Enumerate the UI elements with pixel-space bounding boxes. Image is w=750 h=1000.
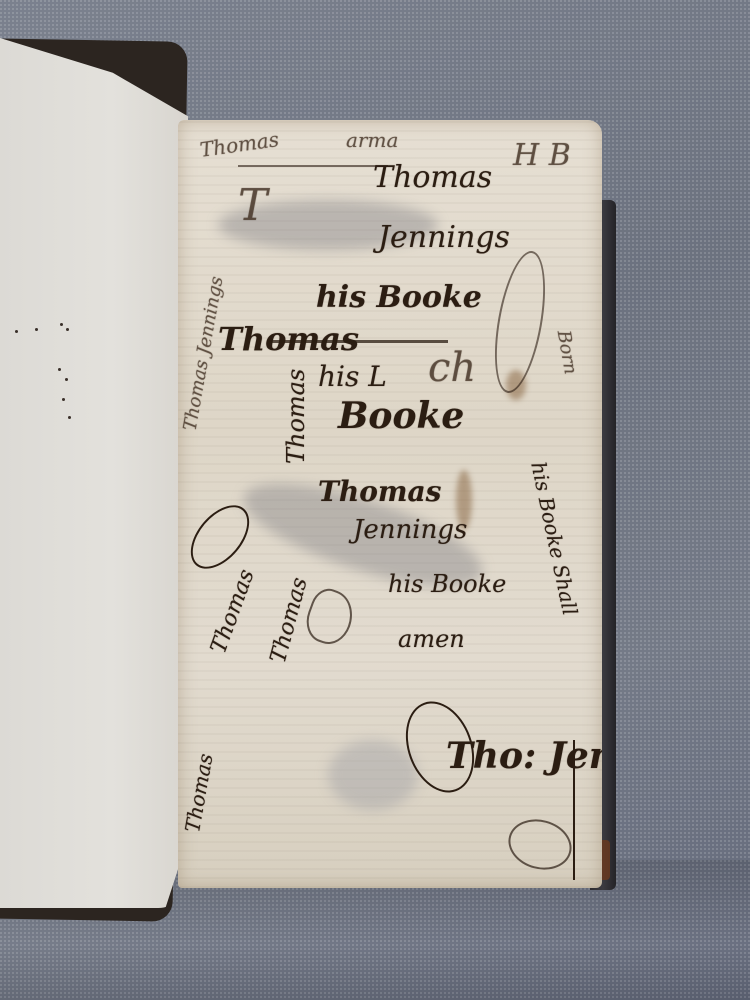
margin-inscription-born: Born	[553, 329, 581, 376]
inscription-jennings: Jennings	[378, 220, 510, 255]
ink-speck	[68, 416, 71, 419]
ink-speck	[66, 328, 69, 331]
pen-flourish	[503, 813, 578, 877]
inscription-thomas-vertical: Thomas	[282, 369, 310, 464]
worn-patch	[328, 740, 418, 810]
inscription-thomas: Thomas	[198, 127, 280, 162]
inscription-letters: H B	[513, 138, 571, 173]
pen-stroke	[268, 340, 448, 343]
inscription-ch-flourish: ch	[428, 345, 476, 391]
margin-inscription-his-booke-shall: his Booke Shall	[526, 460, 582, 618]
inscription-his-booke: his Booke	[316, 280, 482, 315]
ink-speck	[60, 323, 63, 326]
inscription-thomas: Thomas	[218, 320, 359, 358]
ink-speck	[35, 328, 38, 331]
inscribed-page: Thomas arma H B Thomas T Jennings his Bo…	[178, 120, 602, 888]
inscription-jennings: Jennings	[353, 515, 467, 545]
inscription-his-l: his L	[318, 360, 387, 393]
pen-flourish	[486, 247, 554, 396]
inscription-thomas: Thomas	[318, 475, 441, 508]
ink-speck	[62, 398, 65, 401]
ink-speck	[15, 330, 18, 333]
inscription-arma: arma	[346, 128, 398, 152]
inscription-amen: amen	[398, 625, 465, 653]
ink-speck	[58, 368, 61, 371]
inscription-thomas: Thomas	[206, 566, 259, 657]
inscription-thomas: Thomas	[180, 752, 217, 834]
pen-stroke	[238, 165, 388, 167]
inscription-his-booke: his Booke	[388, 570, 506, 598]
ink-speck	[65, 378, 68, 381]
pen-stroke	[573, 740, 575, 880]
inscription-booke: Booke	[338, 395, 464, 437]
inscription-thomas: Thomas	[373, 160, 492, 195]
blank-flyleaf-page	[0, 38, 188, 908]
inscription-capital-t: T	[238, 180, 267, 231]
